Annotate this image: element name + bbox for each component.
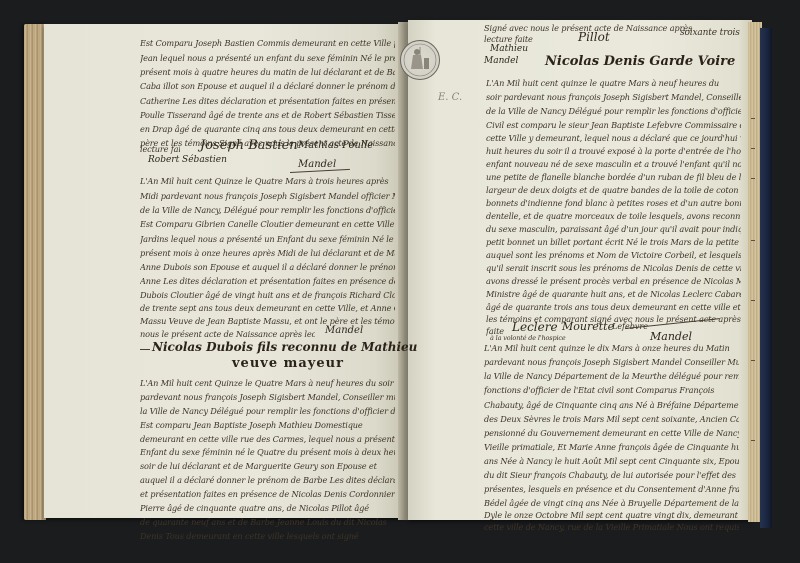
entry-line: Anne Dubois son Epouse et auquel il a dé… — [140, 262, 395, 272]
entry-line: huit heures du soir il a trouvé exposé à… — [486, 146, 741, 156]
signature: Robert Sébastien — [148, 155, 227, 165]
entry-line: une petite de flanelle blanche bordée d'… — [486, 172, 741, 182]
entry-line: Dubois Cloutier âgé de vingt huit ans et… — [140, 290, 395, 300]
entry-line: de la Ville de Nancy Délégué pour rempli… — [486, 106, 741, 116]
entry-line: de la Ville de Nancy, Délégué pour rempl… — [140, 205, 395, 215]
entry-line: soir pardevant nous françois Joseph Sigi… — [486, 92, 741, 102]
open-register-book: Est Comparu Joseph Bastien Commis demeur… — [0, 0, 800, 563]
entry-line: Ministre âgé de quarante huit ans, et de… — [486, 289, 741, 299]
entry-line: Poulle Tisserand âgé de trente ans et de… — [140, 110, 395, 120]
entry-line: du sexe masculin, paraissant âgé d'un jo… — [486, 224, 741, 234]
entry-line: qu'il serait inscrit sous les prénoms de… — [486, 263, 741, 273]
entry-line: ans Née à Nancy le huit Août Mil sept ce… — [484, 456, 739, 466]
signature-annotation: à la volonté de l'hospice — [490, 334, 570, 342]
entry-line: auquel sont les prénoms et Nom de Victoi… — [486, 250, 741, 260]
entry-line: fonctions d'officier de l'Etat civil son… — [484, 385, 739, 395]
entry-line: de quarante neuf ans et de Barbe Jeanne … — [140, 517, 395, 527]
entry-line: Chabauty, âgé de Cinquante cinq ans Né à… — [484, 400, 739, 410]
entry-line: de trente sept ans tous deux demeurant e… — [140, 303, 395, 313]
signature: Mandel — [298, 159, 336, 170]
margin-tick — [751, 118, 755, 119]
entry-line: la Ville de Nancy Délégué pour remplir l… — [140, 406, 395, 416]
signature: Mandel — [484, 56, 518, 66]
entry-line: petit bonnet un billet portant écrit Né … — [486, 237, 741, 247]
entry-line: Est Comparu Joseph Bastien Commis demeur… — [140, 38, 395, 48]
entry-heading-subline: veuve mayeur — [232, 356, 344, 371]
entry-line: pardevant nous françois Joseph Sigisbert… — [140, 392, 395, 402]
archive-seal-stamp — [400, 40, 440, 80]
entry-line: Vieille primatiale, Et Marie Anne franço… — [484, 442, 739, 452]
entry-line: L'An Mil huit cent quinze le dix Mars à … — [484, 343, 739, 353]
signature: Mandel — [650, 330, 692, 343]
entry-line: et présentation faites en présence de Ni… — [140, 489, 395, 499]
entry-line: Catherine Les dites déclaration et prése… — [140, 96, 395, 106]
entry-line: Enfant du sexe féminin né le Quatre du p… — [140, 447, 395, 457]
entry-line: Midi pardevant nous françois Joseph Sigi… — [140, 191, 395, 201]
signature: Mandel — [325, 325, 363, 336]
entry-line: avons dressé le présent procès verbal en… — [486, 276, 741, 286]
entry-line: lecture faite — [140, 144, 180, 154]
entry-heading: Nicolas Denis Garde Voire — [545, 54, 735, 69]
entry-line: cette ville de Nancy, rue de la Vieille … — [484, 522, 739, 532]
entry-line: Jardins lequel nous a présenté un Enfant… — [140, 234, 395, 244]
margin-tick — [751, 300, 755, 301]
margin-annotation: E. C. — [438, 92, 462, 103]
margin-tick — [751, 148, 755, 149]
entry-line: L'An Mil huit cent Quinze le Quatre Mars… — [140, 176, 395, 186]
entry-line: bonnets d'indienne fond blanc à petites … — [486, 198, 741, 208]
signature: Mathias Poulle — [298, 140, 373, 151]
entry-heading: Nicolas Dubois fils reconnu de Mathieu — [152, 340, 417, 354]
entry-line: Dyle le onze Octobre Mil sept cent quatr… — [484, 510, 739, 520]
margin-tick — [751, 440, 755, 441]
entry-line: la Ville de Nancy Département de la Meur… — [484, 371, 739, 381]
signature: Leclere — [512, 320, 558, 334]
margin-count-note: soixante trois — [680, 28, 750, 38]
entry-line: enfant nouveau né de sexe masculin et a … — [486, 159, 741, 169]
entry-line: cette Ville y demeurant, lequel nous a d… — [486, 133, 741, 143]
entry-line: présent mois à onze heures après Midi de… — [140, 248, 395, 258]
entry-line: des Deux Sèvres le trois Mars Mil sept c… — [484, 414, 739, 424]
entry-line: Pierre âgé de cinquante quatre ans, de N… — [140, 503, 395, 513]
entry-line: Denis Tous demeurant en cette ville lesq… — [140, 531, 395, 541]
signature: Mourette — [562, 320, 614, 333]
entry-line: pardevant nous françois Joseph Sigisbert… — [484, 357, 739, 367]
margin-tick — [751, 240, 755, 241]
entry-line: lecture faite — [484, 34, 534, 44]
entry-line: du dit Sieur françois Chabauty, de lui a… — [484, 470, 739, 480]
entry-line: largeur de deux doigts et de quatre band… — [486, 185, 741, 195]
signature: Pillot — [578, 30, 610, 44]
entry-line: présent mois à quatre heures du matin de… — [140, 67, 395, 77]
entry-line: Est Comparu Gibrien Canelle Cloutier dem… — [140, 219, 395, 229]
entry-line: nous le présent acte de Naissance après … — [140, 329, 315, 339]
signature: Joseph Bastien — [200, 138, 298, 153]
seal-figure-icon — [401, 41, 439, 79]
entry-line: Jean lequel nous a présenté un enfant du… — [140, 53, 395, 63]
margin-tick — [751, 178, 755, 179]
entry-line: pensionné du Gouvernement demeurant en c… — [484, 428, 739, 438]
left-page-edges — [24, 24, 46, 520]
entry-line: Est comparu Jean Baptiste Joseph Mathieu… — [140, 420, 395, 430]
entry-line: Bédel âgée de vingt cinq ans Née à Bruye… — [484, 498, 739, 508]
entry-line: L'An Mil huit cent Quinze le Quatre Mars… — [140, 378, 395, 388]
entry-line: âgé de quarante trois ans tous deux deme… — [486, 302, 741, 312]
signature: Mathieu — [490, 44, 528, 54]
entry-line: demeurant en cette ville rue des Carmes,… — [140, 434, 395, 444]
entry-line: en Drap âgé de quarante cinq ans tous de… — [140, 124, 395, 134]
entry-line: présentes, lesquels en présence et du Co… — [484, 484, 739, 494]
entry-line: Caba illot son Epouse et auquel il a déc… — [140, 81, 395, 91]
margin-tick — [751, 360, 755, 361]
heading-dash — [140, 349, 150, 350]
book-cover-spine — [760, 28, 772, 528]
entry-line: Civil est comparu le sieur Jean Baptiste… — [486, 120, 741, 130]
entry-line: Anne Les dites déclaration et présentati… — [140, 276, 395, 286]
entry-line: soir de lui déclarant et de Marguerite G… — [140, 461, 395, 471]
entry-line: L'An Mil huit cent quinze le quatre Mars… — [486, 78, 741, 88]
entry-line: dentelle, et de quatre morceaux de toile… — [486, 211, 741, 221]
entry-line: auquel il a déclaré donner le prénom de … — [140, 475, 395, 485]
